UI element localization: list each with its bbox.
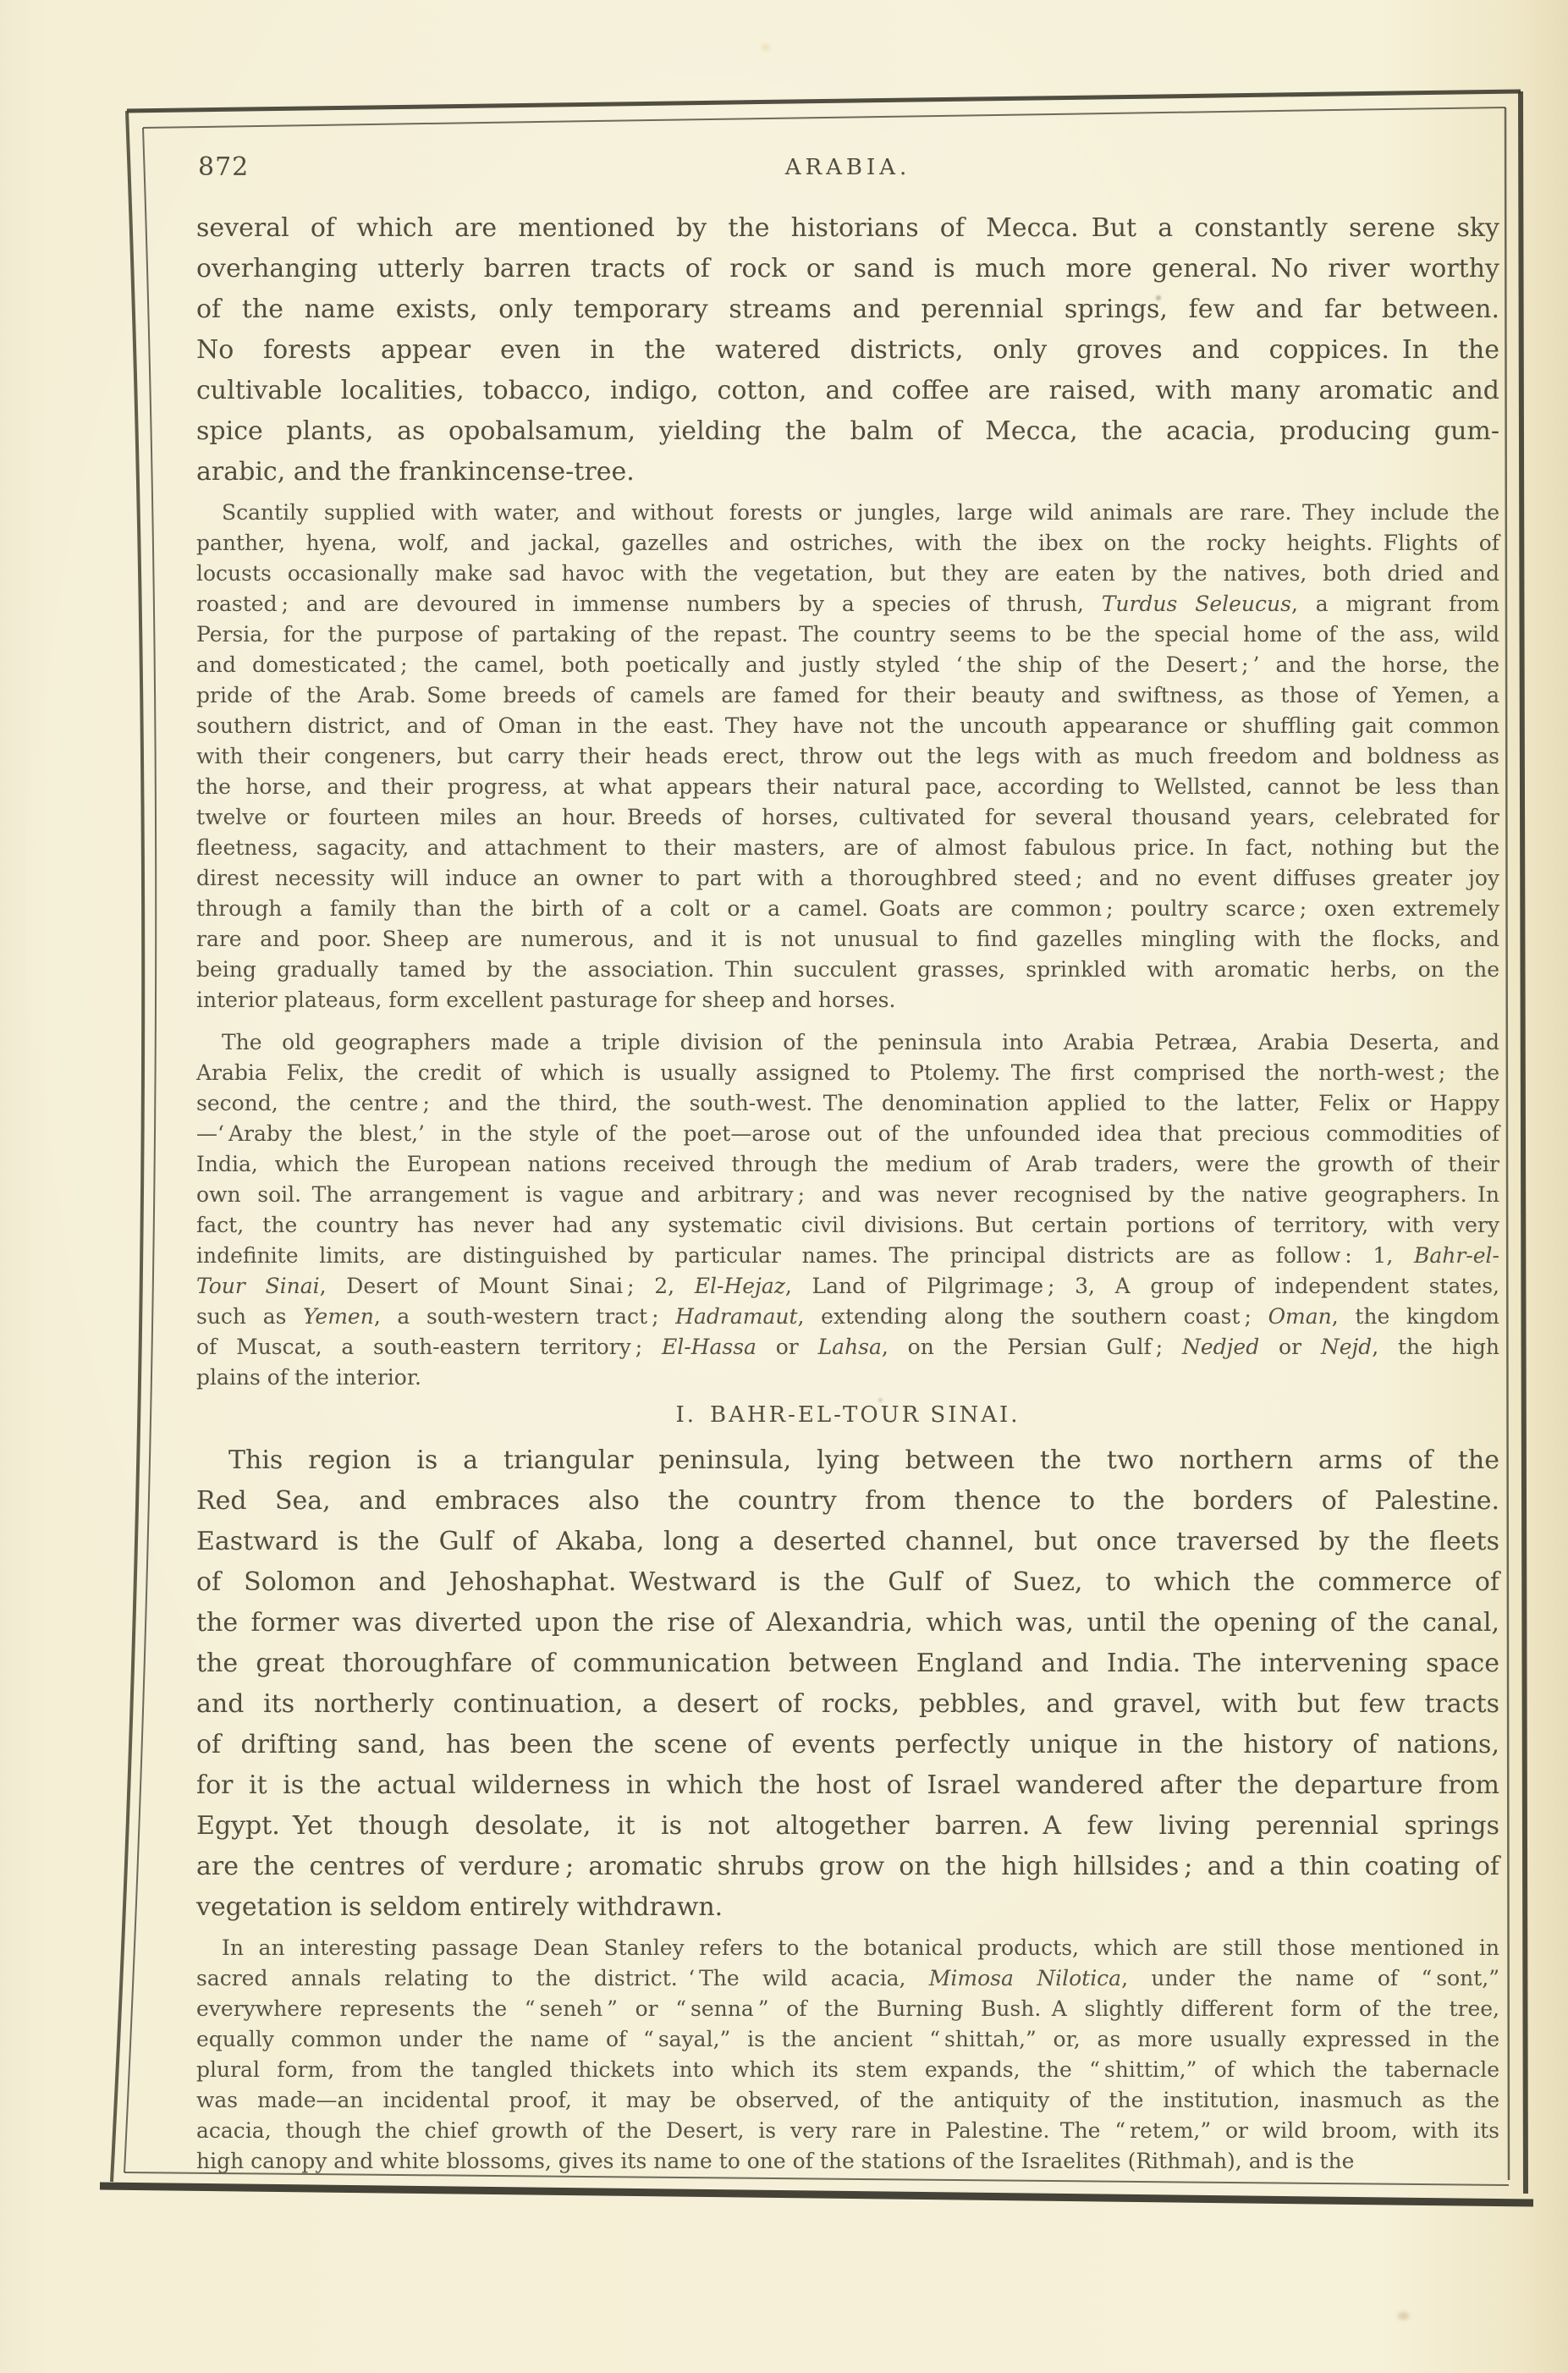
text-line: the great thoroughfare of communication … — [196, 1643, 1499, 1684]
text-line: Scantily supplied with water, and withou… — [196, 498, 1499, 528]
paragraph: Scantily supplied with water, and withou… — [196, 498, 1499, 1016]
text-line: In an interesting passage Dean Stanley r… — [196, 1933, 1499, 1963]
paper-stain — [762, 44, 770, 51]
text-line: for it is the actual wilderness in which… — [196, 1765, 1499, 1806]
text-line: own soil. The arrangement is vague and a… — [196, 1180, 1499, 1210]
text-line: Persia, for the purpose of partaking of … — [196, 619, 1499, 650]
section-heading: I. BAHR-EL-TOUR SINAI. — [196, 1398, 1499, 1432]
text-line: through a family than the birth of a col… — [196, 894, 1499, 924]
paragraph: This region is a triangular peninsula, l… — [196, 1440, 1499, 1928]
text-line: several of which are mentioned by the hi… — [196, 208, 1499, 249]
text-line: plains of the interior. — [196, 1363, 1499, 1393]
text-line: locusts occasionally make sad havoc with… — [196, 559, 1499, 589]
text-line: vegetation is seldom entirely withdrawn. — [196, 1887, 1499, 1928]
text-line: No forests appear even in the watered di… — [196, 330, 1499, 371]
text-line: being gradually tamed by the association… — [196, 955, 1499, 985]
text-line: plural form, from the tangled thickets i… — [196, 2055, 1499, 2085]
paper-stain — [1398, 2312, 1409, 2320]
text-line: cultivable localities, tobacco, indigo, … — [196, 371, 1499, 411]
text-line: Eastward is the Gulf of Akaba, long a de… — [196, 1522, 1499, 1562]
text-line: sacred annals relating to the district. … — [196, 1963, 1499, 1994]
text-line: interior plateaus, form excellent pastur… — [196, 985, 1499, 1016]
text-line: pride of the Arab. Some breeds of camels… — [196, 680, 1499, 711]
text-line: —‘ Araby the blest,’ in the style of the… — [196, 1119, 1499, 1149]
text-line: are the centres of verdure ; aromatic sh… — [196, 1847, 1499, 1887]
paragraph: The old geographers made a triple divisi… — [196, 1027, 1499, 1393]
text-line: Egypt. Yet though desolate, it is not al… — [196, 1806, 1499, 1847]
text-line: and its northerly continuation, a desert… — [196, 1684, 1499, 1725]
text-line: This region is a triangular peninsula, l… — [196, 1440, 1499, 1481]
text-line: of drifting sand, has been the scene of … — [196, 1725, 1499, 1765]
text-line: second, the centre ; and the third, the … — [196, 1088, 1499, 1119]
page-text: several of which are mentioned by the hi… — [196, 208, 1499, 2177]
text-line: and domesticated ; the camel, both poeti… — [196, 650, 1499, 680]
text-line: indefinite limits, are distinguished by … — [196, 1241, 1499, 1271]
text-line: was made—an incidental proof, it may be … — [196, 2085, 1499, 2116]
running-head: ARABIA. — [196, 155, 1499, 180]
text-line: of Solomon and Jehoshaphat. Westward is … — [196, 1562, 1499, 1603]
text-line: of the name exists, only temporary strea… — [196, 289, 1499, 330]
text-line: rare and poor. Sheep are numerous, and i… — [196, 924, 1499, 955]
text-line: panther, hyena, wolf, and jackal, gazell… — [196, 528, 1499, 559]
text-line: Tour Sinai, Desert of Mount Sinai ; 2, E… — [196, 1271, 1499, 1302]
running-header: 872 ARABIA. — [196, 152, 1499, 188]
text-line: with their congeners, but carry their he… — [196, 741, 1499, 772]
scanned-page: 872 ARABIA. several of which are mention… — [0, 0, 1568, 2373]
text-line: the former was diverted upon the rise of… — [196, 1603, 1499, 1643]
text-line: fleetness, sagacity, and attachment to t… — [196, 833, 1499, 863]
paragraph: In an interesting passage Dean Stanley r… — [196, 1933, 1499, 2177]
text-line: the horse, and their progress, at what a… — [196, 772, 1499, 802]
text-line: Red Sea, and embraces also the country f… — [196, 1481, 1499, 1522]
text-line: The old geographers made a triple divisi… — [196, 1027, 1499, 1058]
text-line: twelve or fourteen miles an hour. Breeds… — [196, 802, 1499, 833]
text-line: high canopy and white blossoms, gives it… — [196, 2146, 1499, 2177]
text-line: southern district, and of Oman in the ea… — [196, 711, 1499, 741]
text-line: arabic, and the frankincense-tree. — [196, 452, 1499, 493]
text-line: roasted ; and are devoured in immense nu… — [196, 589, 1499, 619]
paragraph: several of which are mentioned by the hi… — [196, 208, 1499, 493]
text-line: direst necessity will induce an owner to… — [196, 863, 1499, 894]
text-line: equally common under the name of “ sayal… — [196, 2024, 1499, 2055]
text-line: Arabia Felix, the credit of which is usu… — [196, 1058, 1499, 1088]
text-line: overhanging utterly barren tracts of roc… — [196, 249, 1499, 289]
text-line: of Muscat, a south-eastern territory ; E… — [196, 1332, 1499, 1363]
text-line: fact, the country has never had any syst… — [196, 1210, 1499, 1241]
text-line: acacia, though the chief growth of the D… — [196, 2116, 1499, 2146]
text-line: such as Yemen, a south-western tract ; H… — [196, 1302, 1499, 1332]
text-line: everywhere represents the “ seneh ” or “… — [196, 1994, 1499, 2024]
text-line: spice plants, as opobalsamum, yielding t… — [196, 411, 1499, 452]
text-line: India, which the European nations receiv… — [196, 1149, 1499, 1180]
